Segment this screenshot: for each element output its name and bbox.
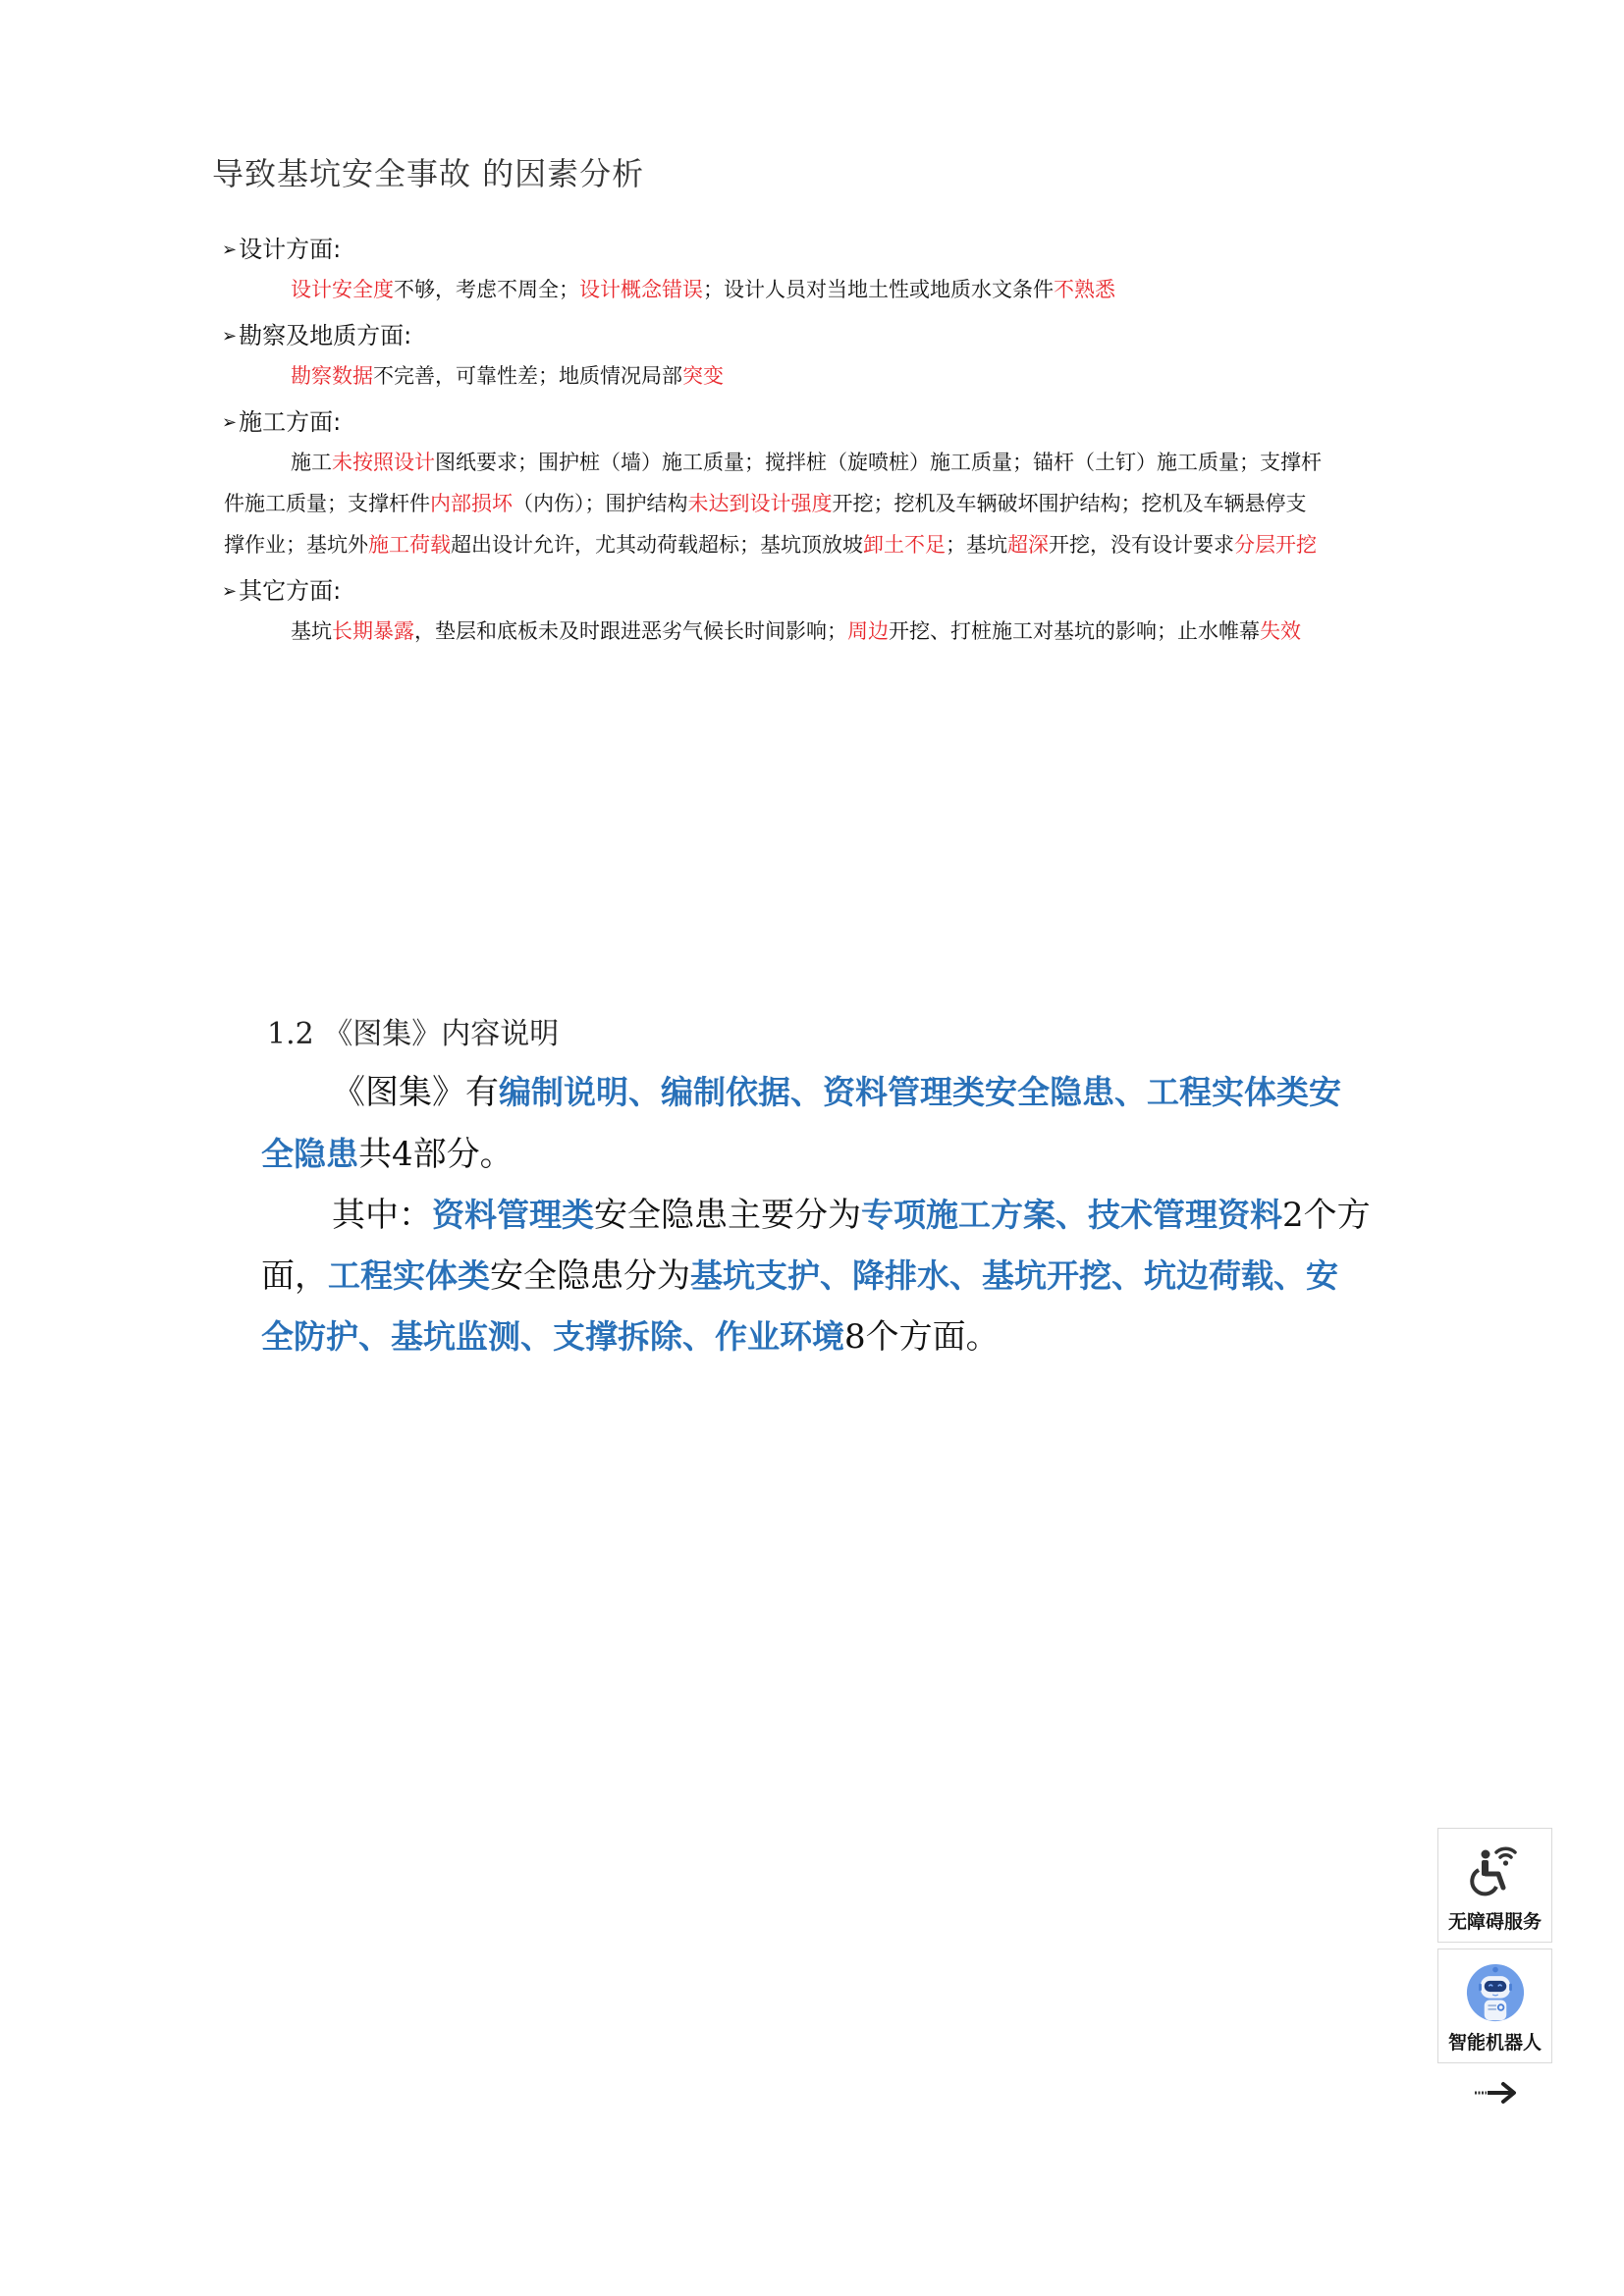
highlighted-text-blue: 资料管理类	[432, 1196, 594, 1234]
highlighted-text-blue: 专项施工方案、技术管理资料	[861, 1196, 1282, 1234]
highlighted-text-red: 周边	[847, 619, 889, 643]
text-segment: 图纸要求；围护桩（墙）施工质量；搅拌桩（旋喷桩）施工质量；锚杆（土钉）施工质量；…	[435, 451, 1322, 474]
text-segment: 2个方	[1282, 1196, 1371, 1235]
wheelchair-wifi-icon	[1466, 1842, 1525, 1901]
bullet-heading-other: ➢其它方面:	[222, 571, 341, 606]
highlighted-text-red: 未按照设计	[332, 451, 435, 474]
detail-construction-line-1: 施工未按照设计图纸要求；围护桩（墙）施工质量；搅拌桩（旋喷桩）施工质量；锚杆（土…	[291, 447, 1322, 476]
highlighted-text-blue: 编制说明、编制依据、资料管理类安全隐患、工程实体类安	[499, 1073, 1341, 1111]
detail-construction-line-3: 撑作业；基坑外施工荷载超出设计允许，尤其动荷载超标；基坑顶放坡卸土不足；基坑超深…	[224, 529, 1317, 559]
highlighted-text-red: 内部损坏	[430, 492, 513, 515]
page-title: 导致基坑安全事故 的因素分析	[212, 149, 644, 194]
text-segment: 不完善，可靠性差；地质情况局部	[373, 364, 682, 388]
text-segment: 安全隐患分为	[490, 1256, 690, 1296]
text-segment: 不够，考虑不周全；	[394, 278, 579, 301]
robot-icon	[1466, 1963, 1525, 2022]
highlighted-text-red: 分层开挖	[1234, 533, 1317, 557]
smart-robot-button[interactable]: 智能机器人	[1437, 1949, 1552, 2063]
highlighted-text-red: 长期暴露	[332, 619, 414, 643]
detail-other-line: 基坑长期暴露，垫层和底板未及时跟进恶劣气候长时间影响；周边开挖、打桩施工对基坑的…	[291, 615, 1301, 645]
bullet-arrow-icon: ➢	[222, 412, 237, 433]
detail-design-line: 设计安全度不够，考虑不周全；设计概念错误；设计人员对当地土性或地质水文条件不熟悉	[291, 274, 1115, 303]
bullet-arrow-icon: ➢	[222, 326, 237, 347]
highlighted-text-blue: 工程实体类	[328, 1256, 490, 1295]
text-segment: 《图集》有	[332, 1073, 499, 1112]
paragraph-line-4: 面，工程实体类安全隐患分为基坑支护、降排水、基坑开挖、坑边荷载、安	[261, 1249, 1338, 1297]
text-segment: 安全隐患主要分为	[594, 1196, 861, 1235]
bullet-heading-text: 施工方面:	[239, 408, 341, 436]
bullet-heading-text: 其它方面:	[239, 577, 341, 605]
highlighted-text-blue: 全防护、基坑监测、支撑拆除、作业环境	[261, 1317, 844, 1356]
paragraph-line-1: 《图集》有编制说明、编制依据、资料管理类安全隐患、工程实体类安	[332, 1065, 1341, 1113]
bullet-heading-text: 勘察及地质方面:	[239, 322, 411, 349]
highlighted-text-red: 设计安全度	[291, 278, 394, 301]
bullet-heading-text: 设计方面:	[239, 236, 341, 263]
text-segment: ；设计人员对当地土性或地质水文条件	[703, 278, 1054, 301]
accessibility-service-label: 无障碍服务	[1448, 1907, 1542, 1934]
bullet-arrow-icon: ➢	[222, 581, 237, 602]
text-segment: 8个方面。	[844, 1317, 1000, 1357]
text-segment: 基坑	[291, 619, 332, 643]
text-segment: 超出设计允许，尤其动荷载超标；基坑顶放坡	[451, 533, 863, 557]
text-segment: 开挖，没有设计要求	[1049, 533, 1234, 557]
text-segment: 件施工质量；支撑杆件	[224, 492, 430, 515]
highlighted-text-red: 失效	[1260, 619, 1301, 643]
text-segment: 其中：	[332, 1196, 432, 1235]
text-segment: ，垫层和底板未及时跟进恶劣气候长时间影响；	[414, 619, 847, 643]
paragraph-line-2: 全隐患共4部分。	[261, 1127, 514, 1175]
highlighted-text-red: 不熟悉	[1054, 278, 1115, 301]
text-segment: ；基坑	[946, 533, 1007, 557]
bullet-heading-design: ➢设计方面:	[222, 230, 341, 264]
dotted-arrow-right-icon[interactable]	[1473, 2079, 1520, 2107]
text-segment: （内伤）；围护结构	[513, 492, 688, 515]
bullet-heading-construction: ➢施工方面:	[222, 402, 341, 437]
detail-construction-line-2: 件施工质量；支撑杆件内部损坏（内伤）；围护结构未达到设计强度开挖；挖机及车辆破坏…	[224, 488, 1307, 517]
highlighted-text-red: 设计概念错误	[579, 278, 703, 301]
highlighted-text-red: 未达到设计强度	[688, 492, 833, 515]
text-segment: 开挖、打桩施工对基坑的影响；止水帷幕	[889, 619, 1260, 643]
bullet-heading-survey: ➢勘察及地质方面:	[222, 316, 411, 350]
highlighted-text-red: 勘察数据	[291, 364, 373, 388]
text-segment: 共4部分。	[358, 1135, 514, 1174]
highlighted-text-red: 施工荷载	[368, 533, 451, 557]
highlighted-text-red: 突变	[682, 364, 724, 388]
paragraph-line-5: 全防护、基坑监测、支撑拆除、作业环境8个方面。	[261, 1309, 1000, 1358]
paragraph-line-3: 其中：资料管理类安全隐患主要分为专项施工方案、技术管理资料2个方	[332, 1188, 1371, 1236]
accessibility-service-button[interactable]: 无障碍服务	[1437, 1828, 1552, 1943]
detail-survey-line: 勘察数据不完善，可靠性差；地质情况局部突变	[291, 360, 724, 390]
text-segment: 施工	[291, 451, 332, 474]
highlighted-text-blue: 基坑支护、降排水、基坑开挖、坑边荷载、安	[690, 1256, 1338, 1295]
bullet-arrow-icon: ➢	[222, 240, 237, 260]
text-segment: 开挖；挖机及车辆破坏围护结构；挖机及车辆悬停支	[833, 492, 1307, 515]
highlighted-text-red: 超深	[1007, 533, 1049, 557]
text-segment: 撑作业；基坑外	[224, 533, 368, 557]
highlighted-text-blue: 全隐患	[261, 1135, 358, 1173]
highlighted-text-red: 卸土不足	[863, 533, 946, 557]
document-page: 导致基坑安全事故 的因素分析 ➢设计方面: 设计安全度不够，考虑不周全；设计概念…	[0, 0, 1624, 2296]
section-heading-1-2: 1.2 《图集》内容说明	[267, 1009, 559, 1052]
smart-robot-label: 智能机器人	[1448, 2028, 1542, 2055]
text-segment: 面，	[261, 1256, 328, 1296]
